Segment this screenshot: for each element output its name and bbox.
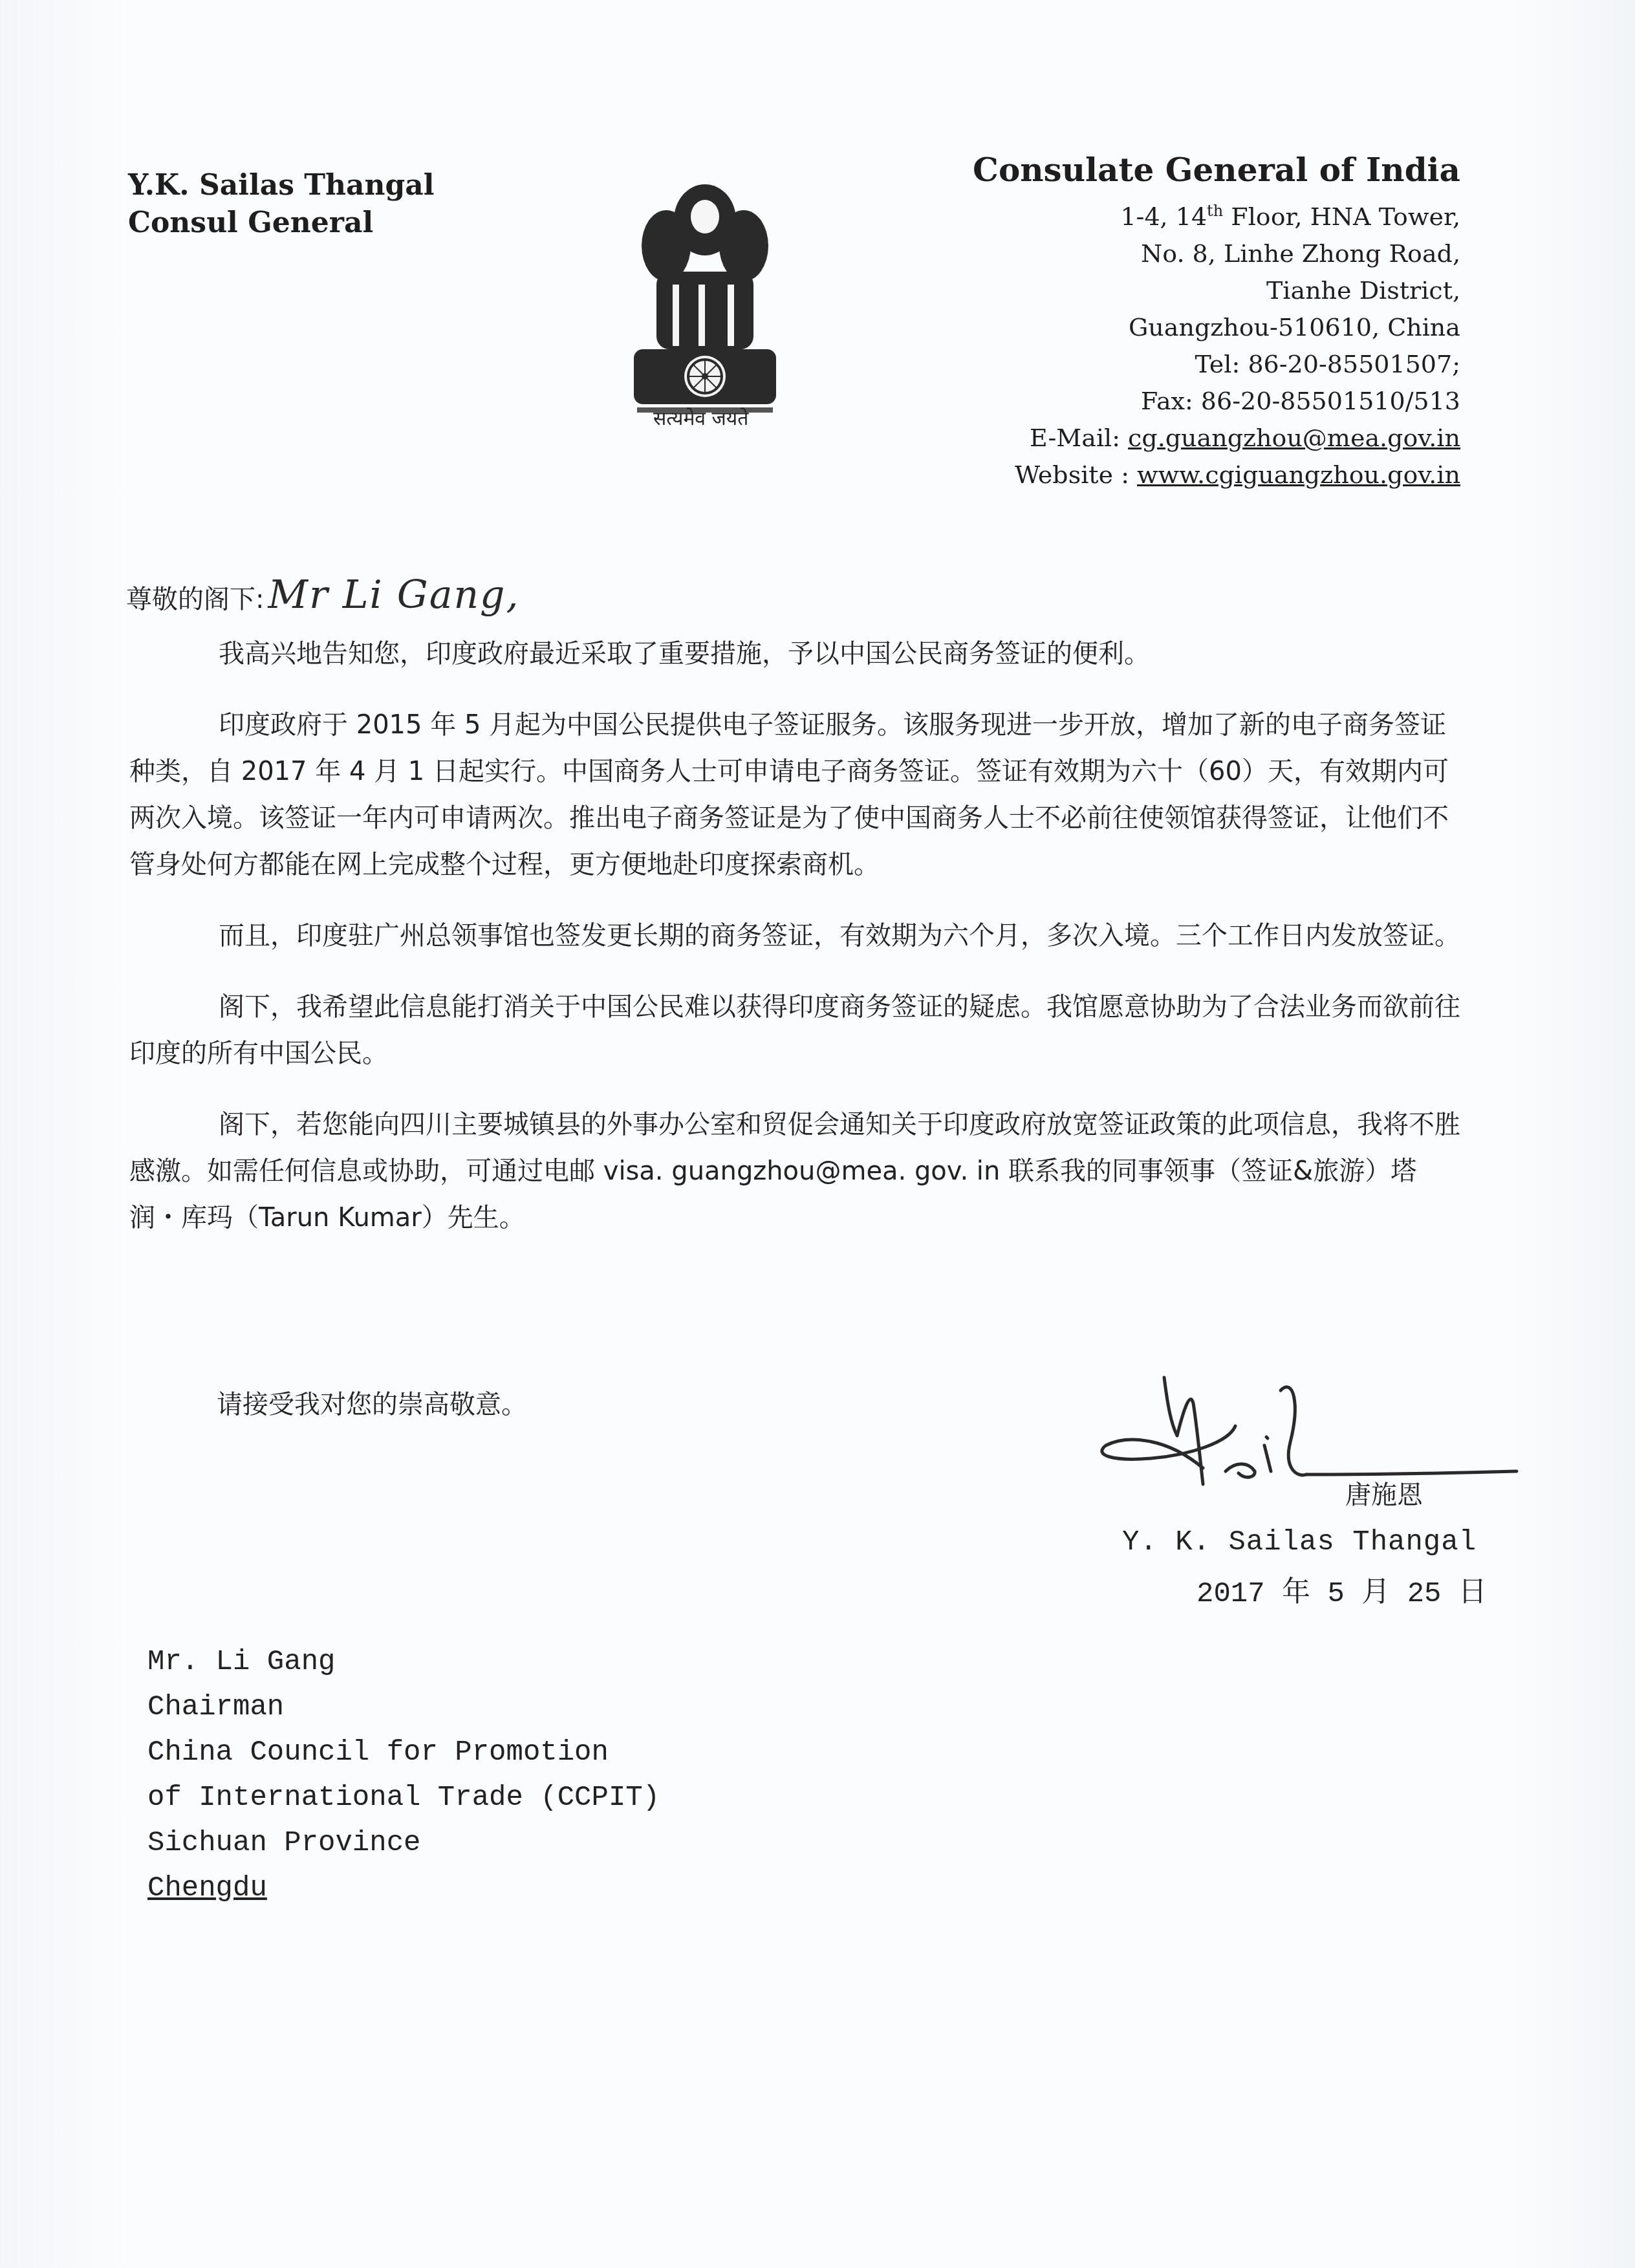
emblem-motto: सत्यमेव जयते <box>653 404 748 431</box>
sender-block: Y.K. Sailas Thangal Consul General <box>128 167 434 242</box>
organization-name: Consulate General of India <box>973 147 1460 193</box>
address-line-4: Guangzhou-510610, China <box>973 309 1460 346</box>
letterhead-contact: Consulate General of India 1-4, 14th Flo… <box>973 147 1460 493</box>
recipient-line: China Council for Promotion <box>147 1730 660 1775</box>
recipient-line: Chairman <box>147 1685 660 1730</box>
recipient-line: Mr. Li Gang <box>147 1639 660 1685</box>
recipient-city: Chengdu <box>147 1866 660 1911</box>
letter-date: 2017 年 5 月 25 日 <box>1196 1568 1487 1610</box>
email-link[interactable]: cg.guangzhou@mea.gov.in <box>1128 424 1460 452</box>
signature-icon <box>1087 1365 1526 1494</box>
salutation-text: 尊敬的阁下: <box>126 585 264 614</box>
paragraph-2: 印度政府于 2015 年 5 月起为中国公民提供电子签证服务。该服务现进一步开放… <box>129 702 1462 888</box>
letter-body: 我高兴地告知您，印度政府最近采取了重要措施，予以中国公民商务签证的便利。 印度政… <box>129 631 1462 1266</box>
closing-line: 请接受我对您的崇高敬意。 <box>217 1384 527 1421</box>
address-line-2: No. 8, Linhe Zhong Road, <box>973 235 1460 272</box>
paragraph-1: 我高兴地告知您，印度政府最近采取了重要措施，予以中国公民商务签证的便利。 <box>129 631 1462 677</box>
sender-title: Consul General <box>128 204 434 242</box>
address-line-1: 1-4, 14th Floor, HNA Tower, <box>973 193 1460 235</box>
salutation: 尊敬的阁下:Mr Li Gang, <box>126 572 520 618</box>
recipient-address: Mr. Li Gang Chairman China Council for P… <box>147 1639 660 1911</box>
signatory-name-chinese: 唐施恩 <box>1345 1474 1423 1511</box>
paragraph-3: 而且，印度驻广州总领事馆也签发更长期的商务签证，有效期为六个月，多次入境。三个工… <box>129 913 1462 959</box>
website-line: Website : www.cgiguangzhou.gov.in <box>973 457 1460 493</box>
recipient-line: Sichuan Province <box>147 1820 660 1866</box>
ashoka-emblem-icon <box>621 175 789 433</box>
paragraph-5: 阁下，若您能向四川主要城镇县的外事办公室和贸促会通知关于印度政府放宽签证政策的此… <box>129 1101 1462 1241</box>
address-line-3: Tianhe District, <box>973 272 1460 309</box>
sender-name: Y.K. Sailas Thangal <box>128 167 434 204</box>
recipient-line: of International Trade (CCPIT) <box>147 1775 660 1820</box>
email-line: E-Mail: cg.guangzhou@mea.gov.in <box>973 420 1460 457</box>
telephone: Tel: 86-20-85501507; <box>973 346 1460 383</box>
fax: Fax: 86-20-85501510/513 <box>973 383 1460 420</box>
paragraph-4: 阁下，我希望此信息能打消关于中国公民难以获得印度商务签证的疑虑。我馆愿意协助为了… <box>129 984 1462 1077</box>
handwritten-addressee: Mr Li Gang, <box>268 572 519 618</box>
website-link[interactable]: www.cgiguangzhou.gov.in <box>1137 460 1460 489</box>
signatory-name-english: Y. K. Sailas Thangal <box>1122 1526 1477 1559</box>
